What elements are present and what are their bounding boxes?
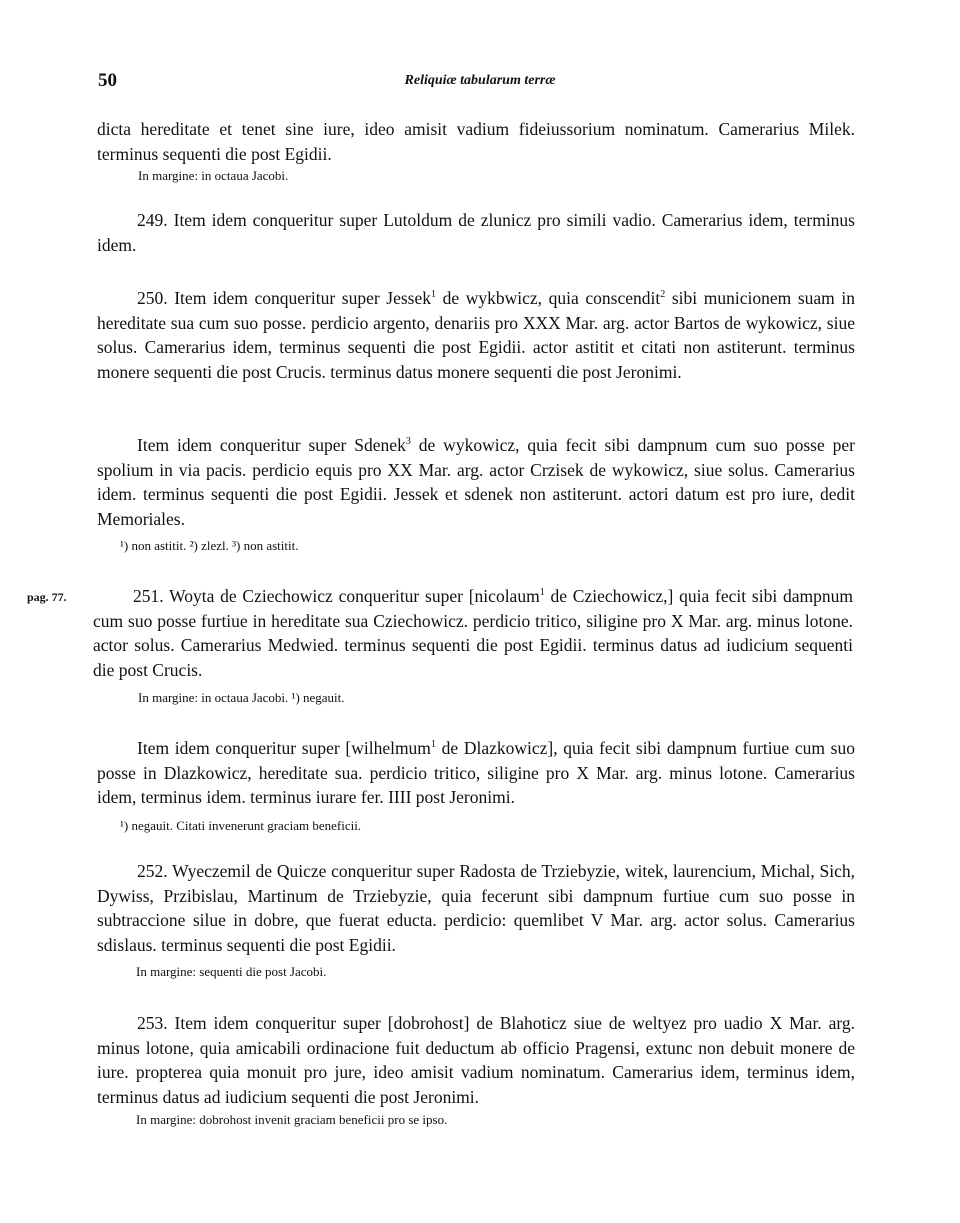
text-segment: Item idem conqueritur super Sdenek <box>137 435 406 455</box>
text-segment: de wykbwicz, quia conscendit <box>436 288 660 308</box>
entry-note: In margine: dobrohost invenit graciam be… <box>136 1112 447 1128</box>
entry-note: In margine: sequenti die post Jacobi. <box>136 964 326 980</box>
margin-page-ref: pag. 77. <box>27 590 67 605</box>
entry-continuation: dicta hereditate et tenet sine iure, ide… <box>97 117 855 166</box>
entry-text: Item idem conqueritur super Sdenek3 de w… <box>97 433 855 531</box>
footnotes: ¹) negauit. Citati invenerunt graciam be… <box>120 818 361 834</box>
entry-250b: Item idem conqueritur super Sdenek3 de w… <box>97 433 855 531</box>
entry-text: 249. Item idem conqueritur super Lutoldu… <box>97 208 855 257</box>
text-segment: Item idem conqueritur super [wilhelmum <box>137 738 431 758</box>
entry-text: 252. Wyeczemil de Quicze conqueritur sup… <box>97 859 855 957</box>
running-title: Reliquiæ tabularum terræ <box>0 73 960 89</box>
entry-253: 253. Item idem conqueritur super [dobroh… <box>97 1011 855 1109</box>
entry-text: 250. Item idem conqueritur super Jessek1… <box>97 286 855 384</box>
entry-text: dicta hereditate et tenet sine iure, ide… <box>97 117 855 166</box>
text-segment: 250. Item idem conqueritur super Jessek <box>137 288 431 308</box>
entry-note: In margine: in octaua Jacobi. ¹) negauit… <box>138 690 345 706</box>
entry-note: In margine: in octaua Jacobi. <box>138 168 288 184</box>
entry-249: 249. Item idem conqueritur super Lutoldu… <box>97 208 855 257</box>
footnotes: ¹) non astitit. ²) zlezl. ³) non astitit… <box>120 538 299 554</box>
entry-251b: Item idem conqueritur super [wilhelmum1 … <box>97 736 855 810</box>
entry-251: 251. Woyta de Cziechowicz conqueritur su… <box>93 584 853 682</box>
entry-text: Item idem conqueritur super [wilhelmum1 … <box>97 736 855 810</box>
entry-text: 251. Woyta de Cziechowicz conqueritur su… <box>93 584 853 682</box>
entry-250: 250. Item idem conqueritur super Jessek1… <box>97 286 855 384</box>
entry-252: 252. Wyeczemil de Quicze conqueritur sup… <box>97 859 855 957</box>
entry-text: 253. Item idem conqueritur super [dobroh… <box>97 1011 855 1109</box>
text-segment: 251. Woyta de Cziechowicz conqueritur su… <box>133 586 540 606</box>
